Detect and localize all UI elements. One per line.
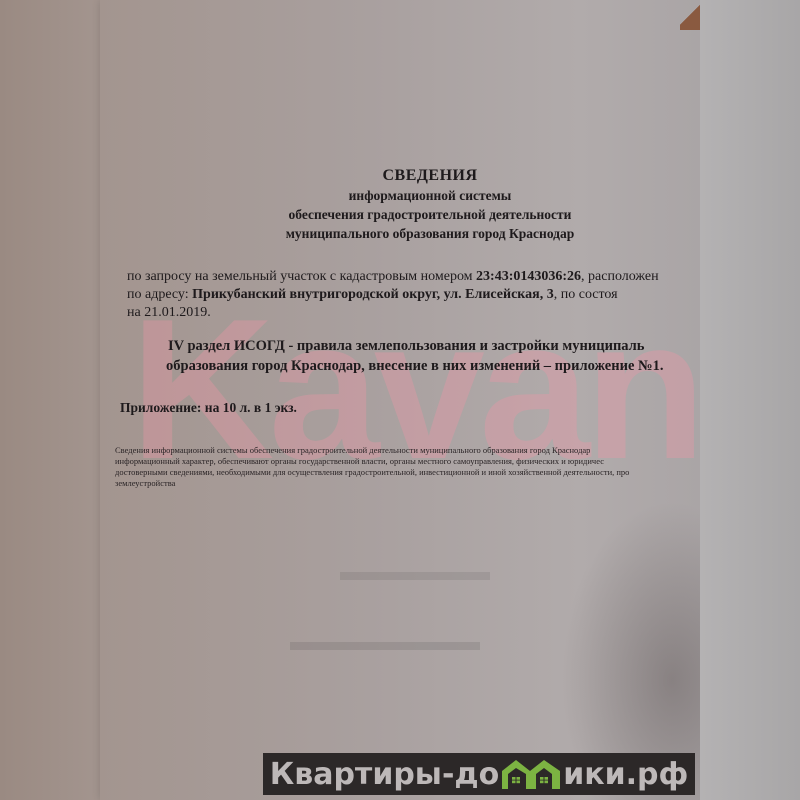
houses-icon xyxy=(500,757,562,791)
document-header: СВЕДЕНИЯ информационной системы обеспече… xyxy=(250,166,610,243)
brand-text-end: ики.рф xyxy=(563,757,688,792)
bleed-through-line xyxy=(290,642,480,650)
section-reference: IV раздел ИСОГД - правила землепользован… xyxy=(168,336,663,376)
subtitle-line-1: информационной системы xyxy=(250,186,610,205)
cadastral-number: 23:43:0143036:26 xyxy=(476,269,581,284)
request-paragraph: по запросу на земельный участок с кадаст… xyxy=(127,268,659,322)
request-line-1-suffix: , расположен xyxy=(581,269,659,284)
footnote: Сведения информационной системы обеспече… xyxy=(115,445,629,489)
subtitle-line-2: обеспечения градостроительной деятельнос… xyxy=(250,205,610,224)
background-right xyxy=(700,0,800,800)
footnote-line-2: информационный характер, обеспечивают ор… xyxy=(115,456,629,467)
request-date: на 21.01.2019. xyxy=(127,304,659,322)
footnote-line-1: Сведения информационной системы обеспече… xyxy=(115,445,629,456)
bleed-through-line xyxy=(340,572,490,580)
address-value: Прикубанский внутригородской округ, ул. … xyxy=(192,287,554,302)
brand-banner: Квартиры-до ики.рф xyxy=(263,753,695,795)
request-line-2: по адресу: Прикубанский внутригородской … xyxy=(127,286,659,304)
subtitle-line-3: муниципального образования город Краснод… xyxy=(250,224,610,243)
attachment-note: Приложение: на 10 л. в 1 экз. xyxy=(120,400,297,416)
paper-corner-shadow xyxy=(680,0,700,30)
request-line-1: по запросу на земельный участок с кадаст… xyxy=(127,268,659,286)
brand-text-start: Квартиры-до xyxy=(270,757,500,792)
document-title: СВЕДЕНИЯ xyxy=(250,166,610,186)
address-label: по адресу: xyxy=(127,287,192,302)
section-line-2: образования город Краснодар, внесение в … xyxy=(166,356,663,376)
footnote-line-4: землеустройства xyxy=(115,478,629,489)
footnote-line-3: достоверными сведениями, необходимыми дл… xyxy=(115,467,629,478)
section-line-1: IV раздел ИСОГД - правила землепользован… xyxy=(168,336,663,356)
request-line-2-suffix: , по состоя xyxy=(554,287,618,302)
request-line-1-prefix: по запросу на земельный участок с кадаст… xyxy=(127,269,476,284)
background-left xyxy=(0,0,110,800)
